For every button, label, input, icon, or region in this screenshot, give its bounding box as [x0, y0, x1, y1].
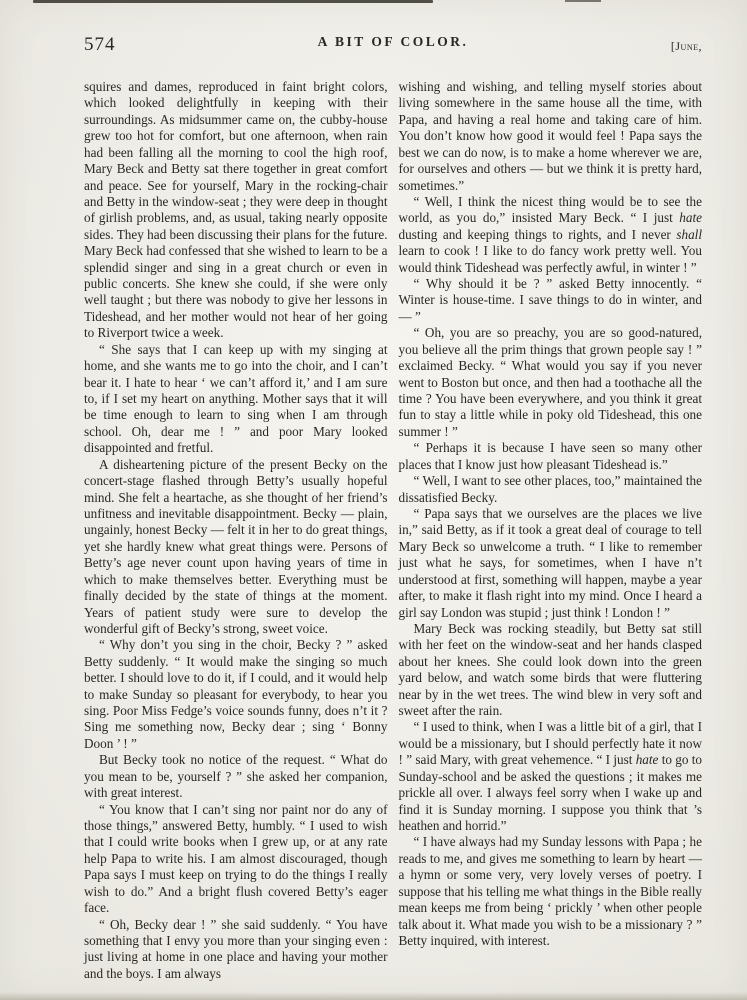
- scan-artifact-bottom-shadow: [0, 992, 747, 1000]
- paragraph: “ Why should it be ? ” asked Betty innoc…: [399, 276, 703, 325]
- text-run: “ Papa says that we ourselves are the pl…: [399, 506, 703, 620]
- italic-text-run: hate: [636, 752, 659, 767]
- column-right: wishing and wishing, and telling myself …: [399, 79, 703, 982]
- paragraph: A disheartening picture of the present B…: [84, 457, 388, 638]
- page-header: A BIT OF COLOR. 574 [June,: [84, 34, 702, 58]
- paragraph: “ Oh, you are so preachy, you are so goo…: [399, 325, 703, 440]
- paragraph: Mary Beck was rocking steadily, but Bett…: [399, 621, 703, 720]
- text-run: “ You know that I can’t sing nor paint n…: [84, 802, 388, 916]
- paragraph: wishing and wishing, and telling myself …: [399, 79, 703, 194]
- scanned-page: A BIT OF COLOR. 574 [June, squires and d…: [0, 0, 747, 1000]
- paragraph: “ Papa says that we ourselves are the pl…: [399, 506, 703, 621]
- text-run: wishing and wishing, and telling myself …: [399, 79, 703, 193]
- paragraph: “ She says that I can keep up with my si…: [84, 342, 388, 457]
- italic-text-run: shall: [676, 227, 702, 242]
- text-run: “ Why should it be ? ” asked Betty innoc…: [399, 276, 703, 324]
- italic-text-run: hate: [679, 210, 702, 225]
- text-run: “ Oh, you are so preachy, you are so goo…: [399, 325, 703, 439]
- text-run: But Becky took no notice of the request.…: [84, 752, 388, 800]
- text-columns: squires and dames, reproduced in faint b…: [84, 79, 702, 982]
- text-run: “ She says that I can keep up with my si…: [84, 342, 388, 456]
- paragraph: squires and dames, reproduced in faint b…: [84, 79, 388, 342]
- issue-date: [June,: [671, 39, 702, 54]
- text-run: “ Well, I want to see other places, too,…: [399, 473, 703, 504]
- scan-artifact-top-mark: [565, 0, 601, 2]
- text-run: “ Perhaps it is because I have seen so m…: [399, 440, 703, 471]
- paragraph: But Becky took no notice of the request.…: [84, 752, 388, 801]
- text-run: A disheartening picture of the present B…: [84, 457, 388, 636]
- paragraph: “ Why don’t you sing in the choir, Becky…: [84, 637, 388, 752]
- paragraph: “ You know that I can’t sing nor paint n…: [84, 802, 388, 917]
- text-run: “ Oh, Becky dear ! ” she said suddenly. …: [84, 917, 388, 981]
- paragraph: “ Perhaps it is because I have seen so m…: [399, 440, 703, 473]
- paragraph: “ Well, I think the nicest thing would b…: [399, 194, 703, 276]
- paragraph: “ I used to think, when I was a little b…: [399, 719, 703, 834]
- text-run: “ I have always had my Sunday lessons wi…: [399, 834, 703, 948]
- paragraph: “ Oh, Becky dear ! ” she said suddenly. …: [84, 917, 388, 983]
- paragraph: “ Well, I want to see other places, too,…: [399, 473, 703, 506]
- text-run: squires and dames, reproduced in faint b…: [84, 79, 388, 340]
- page-number: 574: [84, 34, 116, 56]
- text-run: dusting and keeping things to rights, an…: [399, 227, 677, 242]
- column-left: squires and dames, reproduced in faint b…: [84, 79, 388, 982]
- running-title: A BIT OF COLOR.: [84, 34, 702, 50]
- text-run: “ Why don’t you sing in the choir, Becky…: [84, 637, 388, 751]
- paragraph: “ I have always had my Sunday lessons wi…: [399, 834, 703, 949]
- text-run: learn to cook ! I like to do fancy work …: [399, 243, 703, 274]
- scan-artifact-top-line: [33, 0, 433, 3]
- text-run: Mary Beck was rocking steadily, but Bett…: [399, 621, 703, 718]
- page-content: A BIT OF COLOR. 574 [June, squires and d…: [84, 34, 702, 982]
- text-run: “ Well, I think the nicest thing would b…: [399, 194, 703, 225]
